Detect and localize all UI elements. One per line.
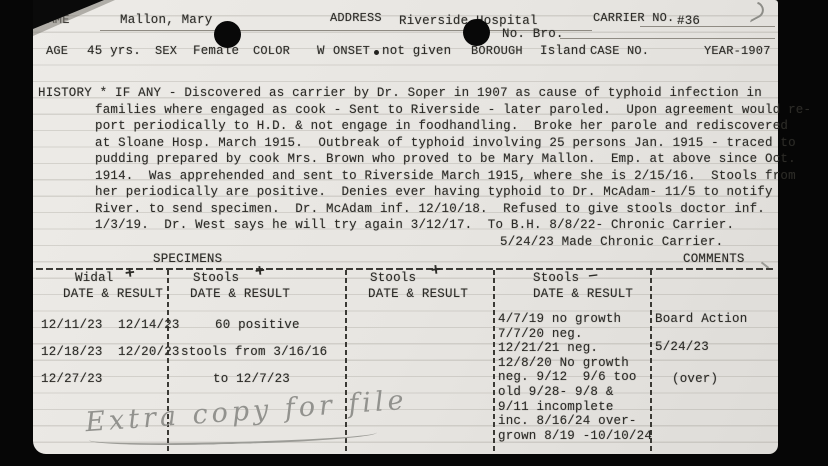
comments-heading: COMMENTS [683,252,745,266]
pencil-mark-small [761,255,774,268]
color-label: COLOR [253,44,290,58]
col1-plus-sign: + [124,264,136,284]
scan-background: NAME Mallon, Mary ADDRESS Riverside Hosp… [0,0,828,466]
specimens-heading: SPECIMENS [153,252,222,266]
table-divider-3 [493,270,495,451]
hole-punch [463,19,490,46]
col2-title: Stools [193,271,239,285]
address-label: ADDRESS [330,11,382,25]
table-top-border [36,268,775,270]
text-line: 60 positive [215,312,327,339]
text-line: (over) [672,372,747,386]
text-line: to 12/7/23 [213,366,327,393]
color-value: W [317,44,325,58]
col4-minus-sign: — [588,268,598,285]
history-last-line: 5/24/23 Made Chronic Carrier. [500,234,723,251]
field-rule [640,26,775,27]
text-line: families where engaged as cook - Sent to… [95,102,811,119]
text-line: 9/11 incomplete [498,400,652,415]
text-line: 5/24/23 [655,340,747,354]
field-rule [560,38,775,39]
text-line: 1/3/19. Dr. West says he will try again … [95,217,811,234]
text-line: 12/8/20 No growth [498,356,652,371]
col2-plus-sign: + [254,262,266,282]
carrier-no-label: CARRIER NO. [593,11,674,25]
col1-title: Widal [75,271,114,285]
col4-title: Stools [533,271,579,285]
text-line: old 9/28- 9/8 & [498,385,652,400]
text-line: pudding prepared by cook Mrs. Brown who … [95,151,811,168]
age-value: 45 yrs. [87,44,141,58]
name-value: Mallon, Mary [120,13,212,27]
table-divider-2 [345,270,347,451]
history-body: families where engaged as cook - Sent to… [95,102,811,234]
col1-subtitle: DATE & RESULT [63,287,163,301]
borough-label: BOROUGH [471,44,523,58]
history-first-line: HISTORY * IF ANY - Discovered as carrier… [38,85,762,102]
text-line: 12/18/23 12/20/23 [41,339,180,366]
text-line: 7/7/20 neg. [498,327,652,342]
overstrike-mark [374,50,379,55]
comments-entries: Board Action5/24/23(over) [655,312,747,386]
onset-value: not given [382,44,451,58]
age-label: AGE [46,44,68,58]
carrier-record-card: NAME Mallon, Mary ADDRESS Riverside Hosp… [33,0,778,454]
col3-subtitle: DATE & RESULT [368,287,468,301]
text-line: Board Action [655,312,747,326]
text-line: neg. 9/12 9/6 too [498,370,652,385]
text-line: 1914. Was apprehended and sent to Rivers… [95,168,811,185]
year-label: YEAR-1907 [704,44,771,58]
case-no-label: CASE NO. [590,44,649,58]
text-line: her periodically are positive. Denies ev… [95,184,811,201]
stools-negative-entries: 4/7/19 no growth7/7/20 neg.12/21/21 neg.… [498,312,652,443]
pencil-squiggle [742,0,767,22]
sex-label: SEX [155,44,177,58]
col4-subtitle: DATE & RESULT [533,287,633,301]
carrier-no-value: #36 [677,14,700,28]
text-line: port periodically to H.D. & not engage i… [95,118,811,135]
col3-title: Stools [370,271,416,285]
borough-value: Island [540,44,586,58]
text-line: 12/27/23 [41,366,180,393]
text-line: stools from 3/16/16 [181,339,327,366]
onset-label: ONSET [333,44,370,58]
widal-entries: 12/11/23 12/14/2312/18/23 12/20/2312/27/… [41,312,180,393]
text-line: 12/11/23 12/14/23 [41,312,180,339]
col2-subtitle: DATE & RESULT [190,287,290,301]
text-line: inc. 8/16/24 over- [498,414,652,429]
stools-positive-entries: 60 positivestools from 3/16/16to 12/7/23 [181,312,327,393]
col3-plus-sign: + [430,261,442,281]
text-line: 4/7/19 no growth [498,312,652,327]
text-line: grown 8/19 -10/10/24 [498,429,652,444]
address-value-line2: No. Bro. [502,27,564,41]
text-line: at Sloane Hosp. March 1915. Outbreak of … [95,135,811,152]
text-line: River. to send specimen. Dr. McAdam inf.… [95,201,811,218]
hole-punch [214,21,241,48]
text-line: 12/21/21 neg. [498,341,652,356]
